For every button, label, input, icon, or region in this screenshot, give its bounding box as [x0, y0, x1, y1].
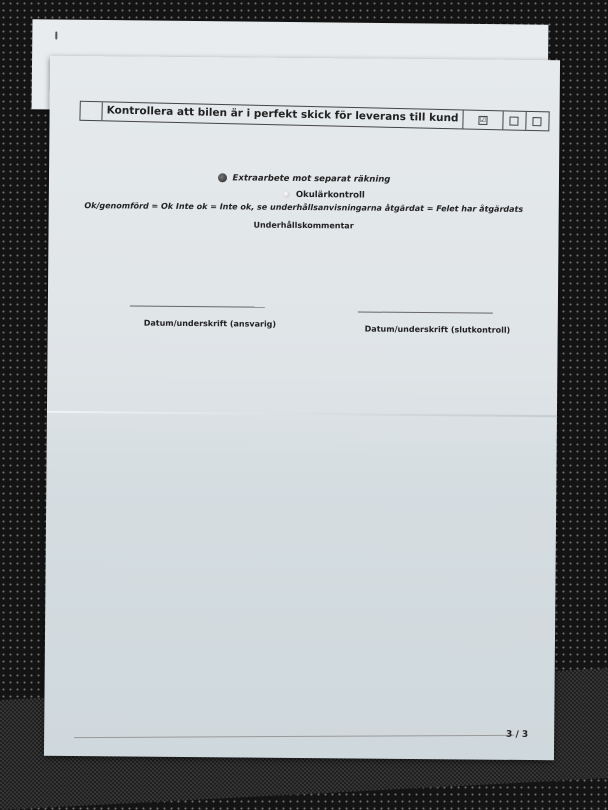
row-number-cell	[80, 102, 102, 120]
staple-icon	[55, 32, 57, 40]
paper-fold	[47, 411, 557, 417]
dark-dot-icon	[218, 173, 227, 182]
signature-line-final	[358, 311, 493, 313]
signature-line-responsible	[130, 305, 265, 307]
checklist-row: Kontrollera att bilen är i perfekt skick…	[79, 101, 549, 132]
page-number: 3 / 3	[506, 730, 528, 740]
signature-label-final: Datum/underskrift (slutkontroll)	[365, 325, 511, 335]
signature-label-responsible: Datum/underskrift (ansvarig)	[144, 319, 276, 329]
light-dot-icon	[283, 191, 290, 198]
checkbox-cell-fixed	[526, 112, 549, 130]
checkbox-cell-not-ok	[503, 111, 527, 130]
legend-status-key: Ok/genomförd = Ok Inte ok = Inte ok, se …	[49, 201, 559, 214]
maintenance-comment-heading: Underhållskommentar	[49, 219, 559, 232]
checkbox-ok[interactable]: ☑	[478, 115, 487, 124]
checkbox-fixed[interactable]	[533, 117, 542, 126]
checkbox-not-ok[interactable]	[510, 116, 519, 125]
checkbox-cell-ok: ☑	[463, 110, 503, 129]
footer-rule	[74, 735, 514, 738]
legend-visual-check: Okulärkontroll	[49, 188, 559, 202]
legend-extra-work: Extraarbete mot separat räkning	[49, 172, 559, 186]
document-page: Kontrollera att bilen är i perfekt skick…	[44, 56, 560, 760]
checklist-row-text: Kontrollera att bilen är i perfekt skick…	[102, 102, 463, 128]
